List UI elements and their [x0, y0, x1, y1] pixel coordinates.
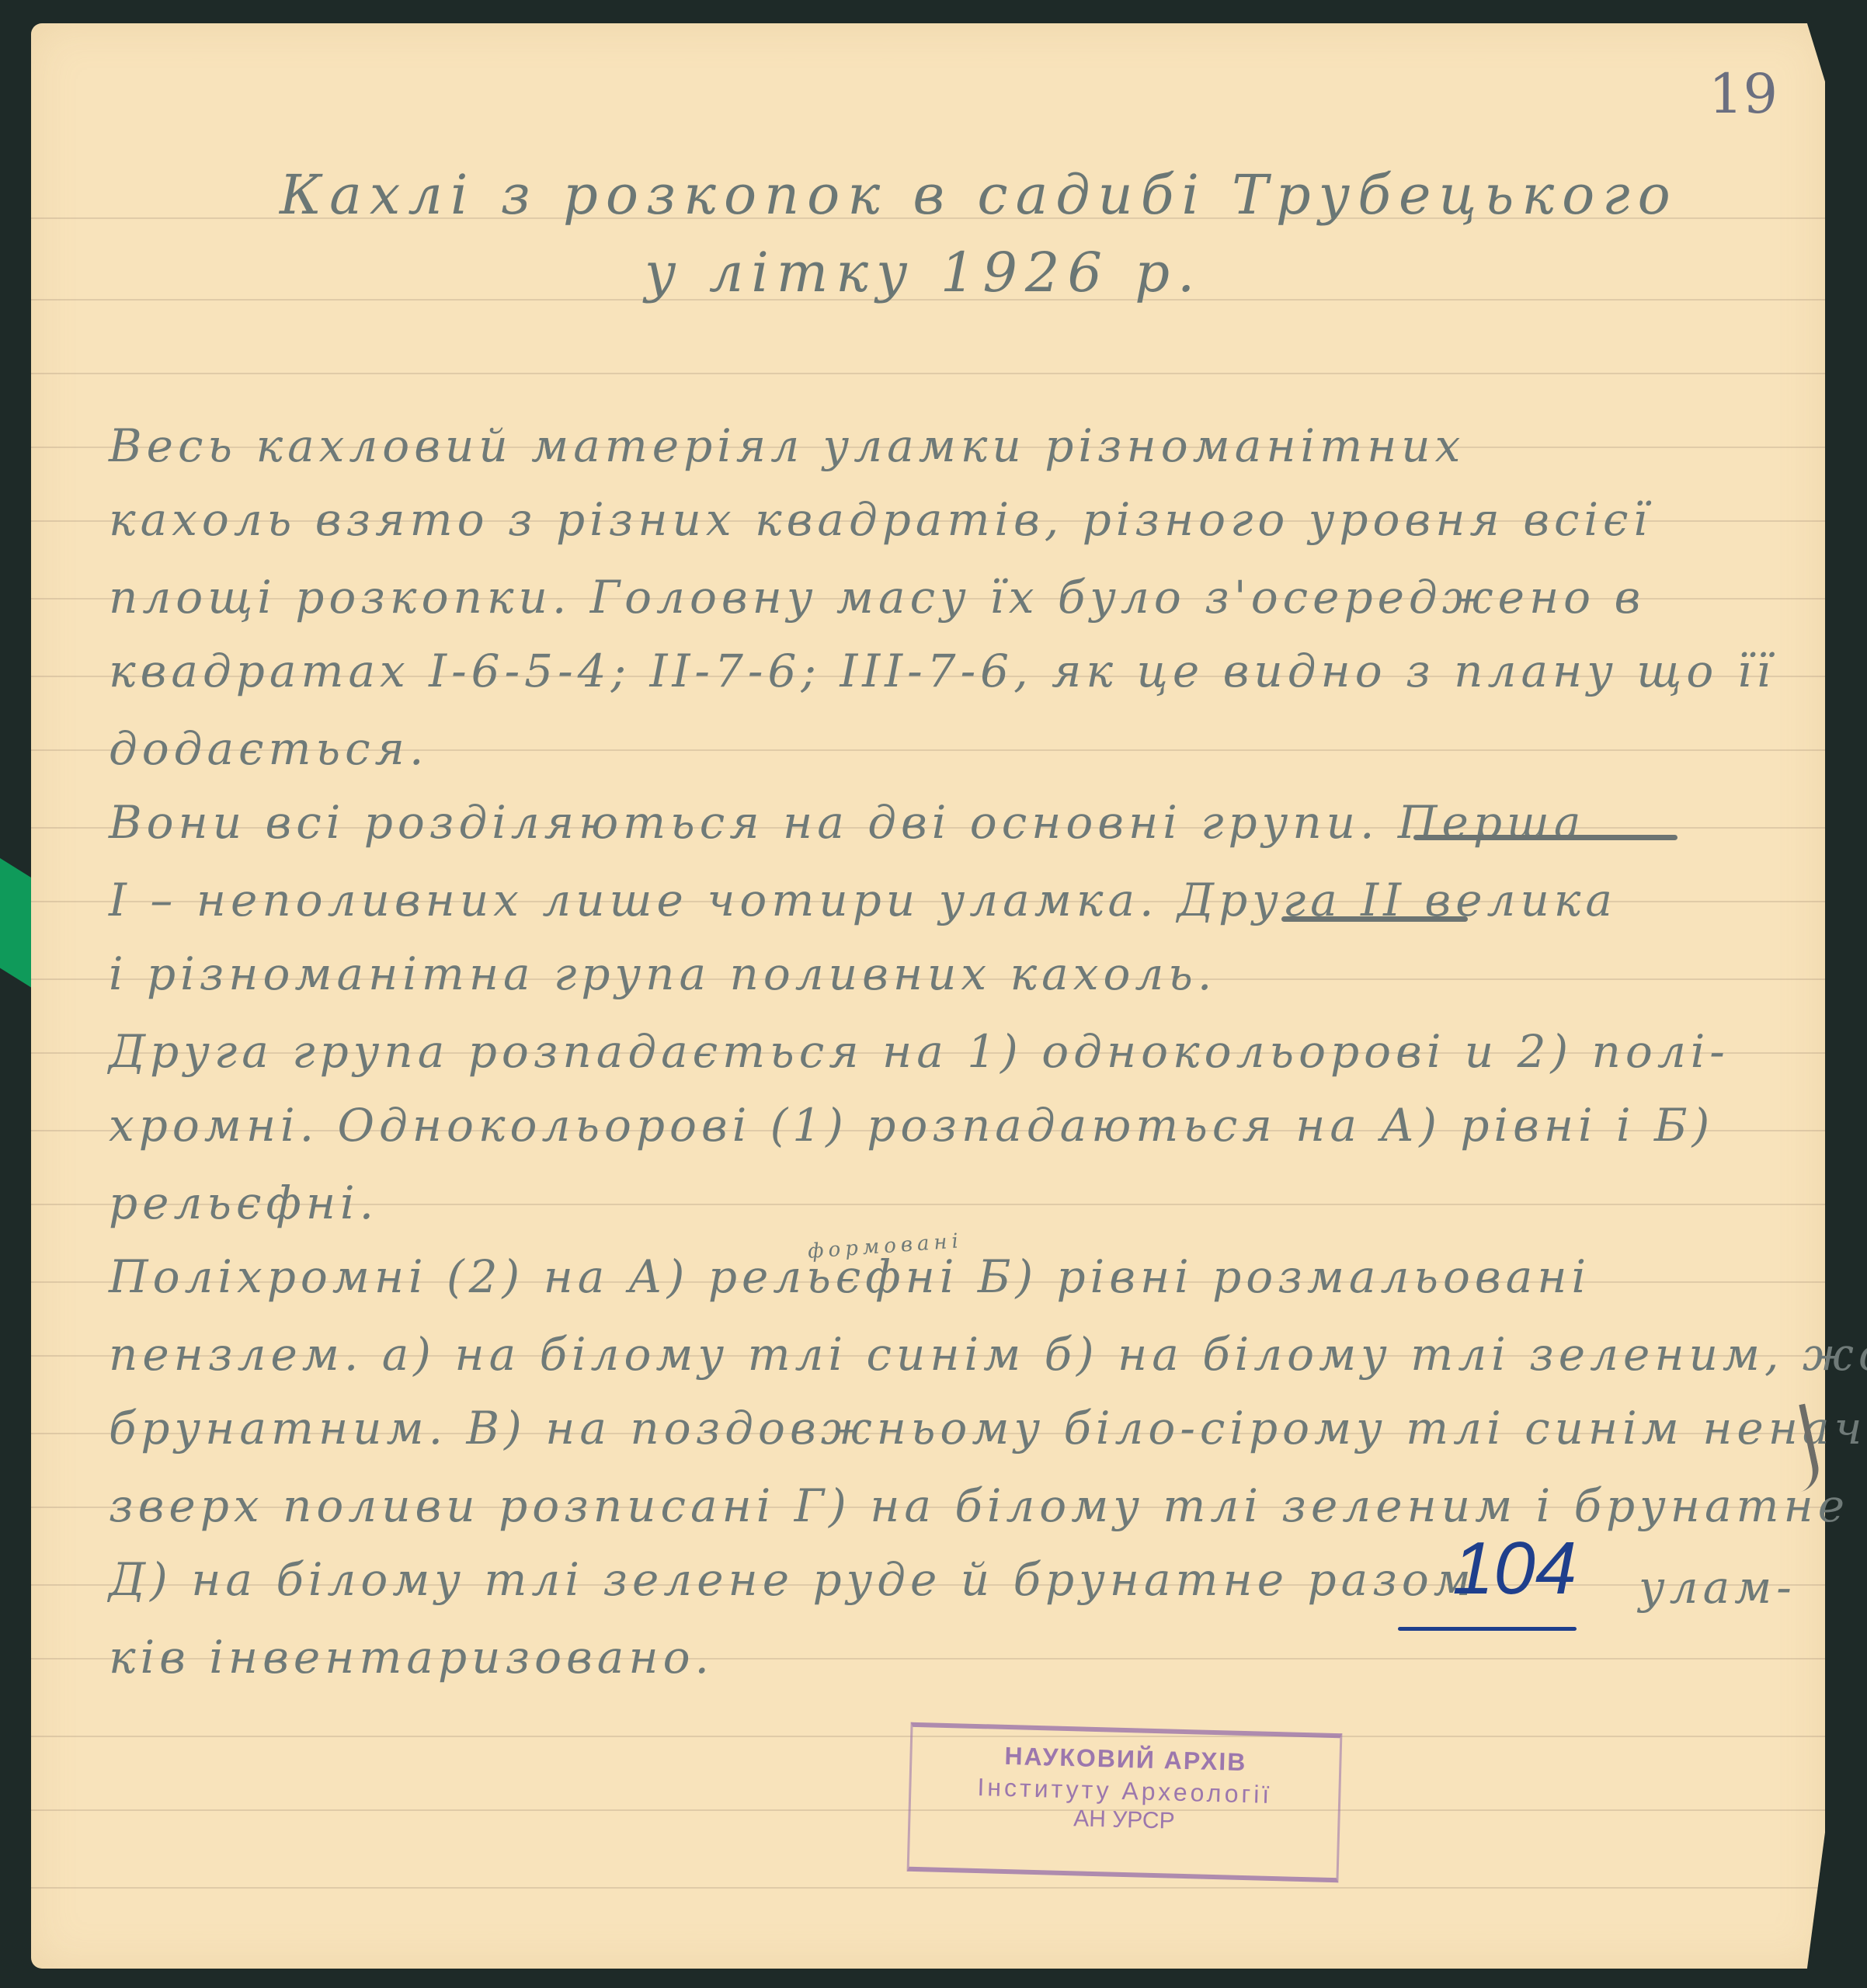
underline-second-group: [1281, 916, 1468, 922]
total-count-underline: [1398, 1627, 1577, 1631]
archive-stamp: НАУКОВИЙ АРХІВ Інституту Археології АН У…: [907, 1722, 1343, 1882]
body-line-5: додається.: [109, 722, 428, 775]
title-line-2: у літку 1926 р.: [645, 241, 1202, 304]
body-line-13: пензлем. а) на білому тлі синім б) на бі…: [109, 1328, 1867, 1381]
title-line-1: Кахлі з розкопок в садибі Трубецького: [280, 163, 1678, 227]
body-line-17: ків інвентаризовано.: [109, 1631, 714, 1684]
underline-first-group: [1413, 835, 1678, 840]
body-line-6: Вони всі розділяються на дві основні гру…: [109, 796, 1585, 849]
body-line-1: Весь кахловий матеріял уламки різноманіт…: [109, 419, 1465, 472]
body-line-10: хромні. Однокольорові (1) розпадаються н…: [109, 1099, 1714, 1152]
ruled-line: [31, 1887, 1825, 1889]
body-line-15: зверх поливи розписані Г) на білому тлі …: [109, 1479, 1849, 1532]
body-line-12: Поліхромні (2) на А) рельєфні Б) рівні р…: [109, 1250, 1591, 1303]
body-line-4: квадратах I-6-5-4; II-7-6; III-7-6, як ц…: [109, 645, 1775, 697]
body-line-16: Д) на білому тлі зелене руде й брунатне …: [109, 1553, 1476, 1606]
body-line-11: рельєфні.: [109, 1176, 378, 1229]
total-count: 104: [1452, 1526, 1577, 1611]
body-line-9: Друга група розпадається на 1) однокольо…: [109, 1025, 1730, 1078]
page-number: 19: [1709, 62, 1778, 126]
body-line-3: площі розкопки. Головну масу їх було з'о…: [109, 571, 1645, 624]
body-line-8: і різноманітна група поливних кахоль.: [109, 947, 1216, 1000]
body-line-14: брунатним. В) на поздовжньому біло-сіром…: [109, 1402, 1867, 1455]
total-suffix: улам-: [1639, 1561, 1796, 1614]
ruled-line: [31, 373, 1825, 374]
body-line-2: кахоль взято з різних квадратів, різного…: [109, 493, 1652, 546]
